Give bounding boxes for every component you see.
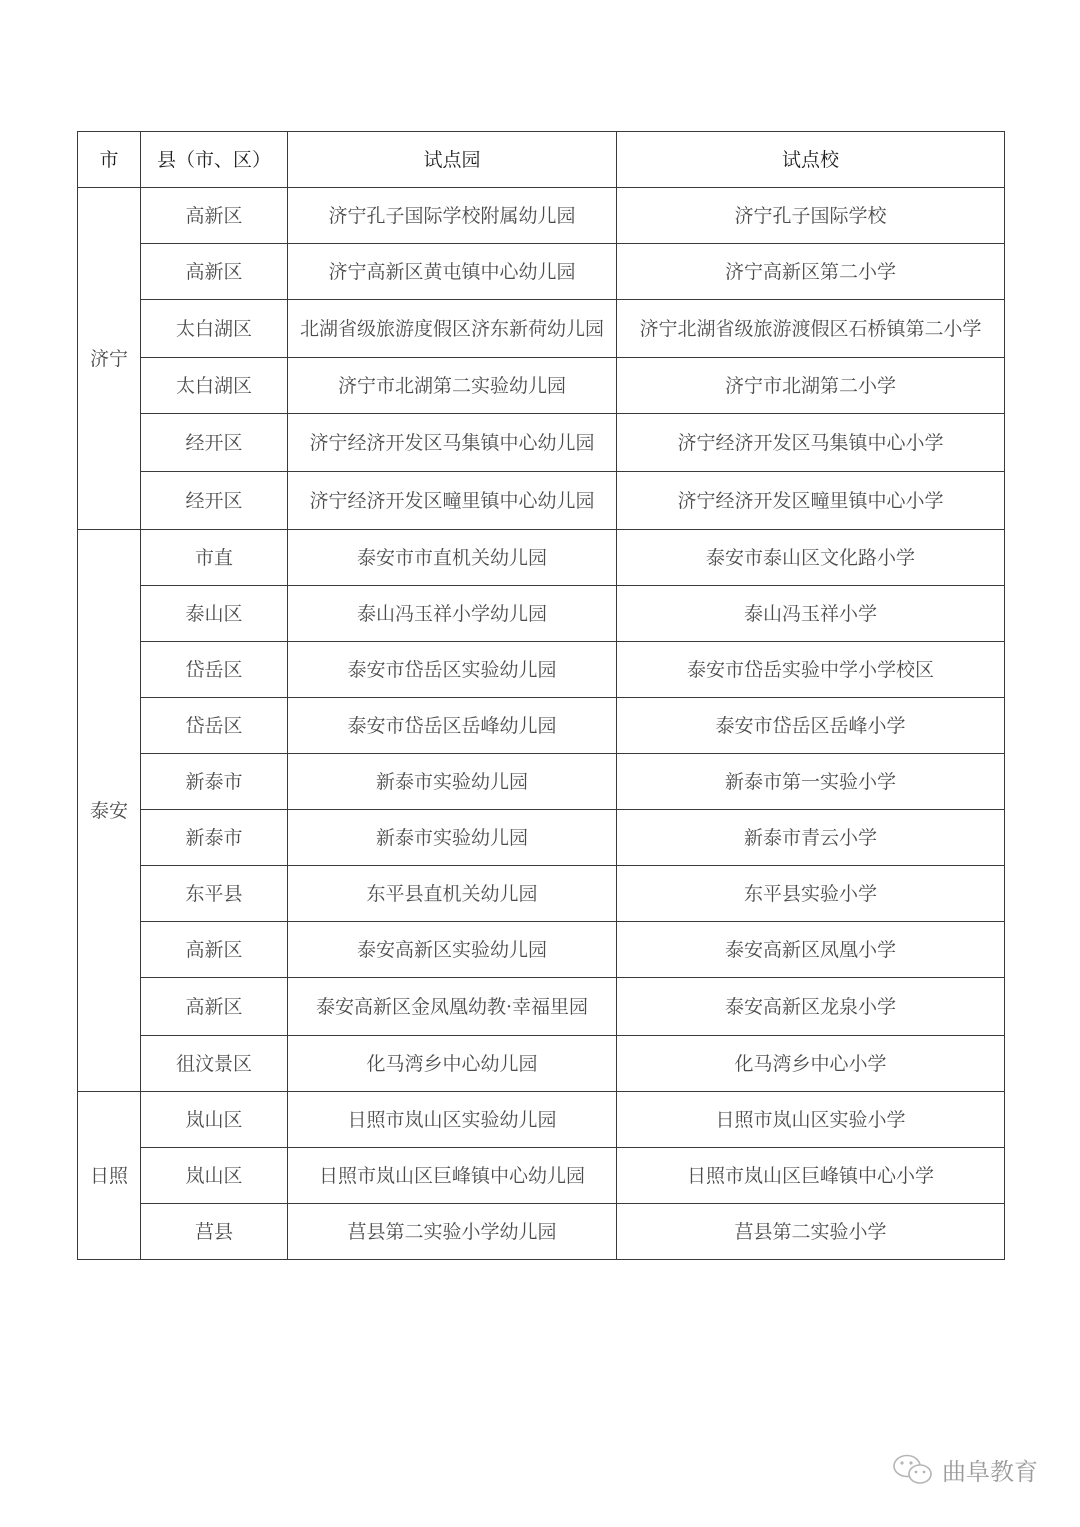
kindergarten-cell: 济宁高新区黄屯镇中心幼儿园 [288, 244, 617, 300]
county-cell: 岚山区 [141, 1092, 288, 1148]
kindergarten-cell: 泰山冯玉祥小学幼儿园 [288, 586, 617, 642]
table-row: 新泰市 新泰市实验幼儿园 新泰市青云小学 [78, 810, 1005, 866]
header-city: 市 [78, 132, 141, 188]
county-cell: 徂汶景区 [141, 1036, 288, 1092]
school-cell: 济宁市北湖第二小学 [617, 358, 1005, 414]
school-cell: 日照市岚山区巨峰镇中心小学 [617, 1148, 1005, 1204]
school-cell: 济宁北湖省级旅游渡假区石桥镇第二小学 [617, 300, 1005, 358]
kindergarten-cell: 莒县第二实验小学幼儿园 [288, 1204, 617, 1260]
county-cell: 高新区 [141, 922, 288, 978]
kindergarten-cell: 泰安市岱岳区岳峰幼儿园 [288, 698, 617, 754]
table-row: 泰山区 泰山冯玉祥小学幼儿园 泰山冯玉祥小学 [78, 586, 1005, 642]
table-row: 岱岳区 泰安市岱岳区实验幼儿园 泰安市岱岳实验中学小学校区 [78, 642, 1005, 698]
county-cell: 市直 [141, 530, 288, 586]
kindergarten-cell: 新泰市实验幼儿园 [288, 810, 617, 866]
school-cell: 济宁孔子国际学校 [617, 188, 1005, 244]
table-row: 东平县 东平县直机关幼儿园 东平县实验小学 [78, 866, 1005, 922]
county-cell: 经开区 [141, 414, 288, 472]
school-cell: 济宁高新区第二小学 [617, 244, 1005, 300]
city-cell: 日照 [78, 1092, 141, 1260]
table-row: 济宁 高新区 济宁孔子国际学校附属幼儿园 济宁孔子国际学校 [78, 188, 1005, 244]
table-header-row: 市 县（市、区） 试点园 试点校 [78, 132, 1005, 188]
table-row: 泰安 市直 泰安市市直机关幼儿园 泰安市泰山区文化路小学 [78, 530, 1005, 586]
school-cell: 泰山冯玉祥小学 [617, 586, 1005, 642]
county-cell: 新泰市 [141, 754, 288, 810]
kindergarten-cell: 济宁市北湖第二实验幼儿园 [288, 358, 617, 414]
county-cell: 岱岳区 [141, 642, 288, 698]
wechat-icon [892, 1453, 936, 1487]
table-row: 岚山区 日照市岚山区巨峰镇中心幼儿园 日照市岚山区巨峰镇中心小学 [78, 1148, 1005, 1204]
kindergarten-cell: 新泰市实验幼儿园 [288, 754, 617, 810]
city-cell: 泰安 [78, 530, 141, 1092]
header-school: 试点校 [617, 132, 1005, 188]
school-cell: 泰安市泰山区文化路小学 [617, 530, 1005, 586]
school-cell: 泰安市岱岳实验中学小学校区 [617, 642, 1005, 698]
kindergarten-cell: 化马湾乡中心幼儿园 [288, 1036, 617, 1092]
watermark: 曲阜教育 [892, 1452, 1038, 1487]
county-cell: 太白湖区 [141, 358, 288, 414]
county-cell: 岚山区 [141, 1148, 288, 1204]
county-cell: 岱岳区 [141, 698, 288, 754]
table-row: 岱岳区 泰安市岱岳区岳峰幼儿园 泰安市岱岳区岳峰小学 [78, 698, 1005, 754]
watermark-text: 曲阜教育 [942, 1452, 1038, 1487]
school-cell: 济宁经济开发区疃里镇中心小学 [617, 472, 1005, 530]
kindergarten-cell: 泰安市市直机关幼儿园 [288, 530, 617, 586]
county-cell: 高新区 [141, 244, 288, 300]
table-row: 莒县 莒县第二实验小学幼儿园 莒县第二实验小学 [78, 1204, 1005, 1260]
pilot-schools-table: 市 县（市、区） 试点园 试点校 济宁 高新区 济宁孔子国际学校附属幼儿园 济宁… [77, 131, 1005, 1260]
kindergarten-cell: 济宁经济开发区疃里镇中心幼儿园 [288, 472, 617, 530]
school-cell: 泰安市岱岳区岳峰小学 [617, 698, 1005, 754]
school-cell: 日照市岚山区实验小学 [617, 1092, 1005, 1148]
table-row: 高新区 泰安高新区金凤凰幼教·幸福里园 泰安高新区龙泉小学 [78, 978, 1005, 1036]
city-cell: 济宁 [78, 188, 141, 530]
header-kindergarten: 试点园 [288, 132, 617, 188]
school-cell: 新泰市青云小学 [617, 810, 1005, 866]
header-county: 县（市、区） [141, 132, 288, 188]
table-row: 高新区 泰安高新区实验幼儿园 泰安高新区凤凰小学 [78, 922, 1005, 978]
kindergarten-cell: 日照市岚山区实验幼儿园 [288, 1092, 617, 1148]
county-cell: 东平县 [141, 866, 288, 922]
kindergarten-cell: 泰安高新区金凤凰幼教·幸福里园 [288, 978, 617, 1036]
table-row: 太白湖区 北湖省级旅游度假区济东新荷幼儿园 济宁北湖省级旅游渡假区石桥镇第二小学 [78, 300, 1005, 358]
kindergarten-cell: 日照市岚山区巨峰镇中心幼儿园 [288, 1148, 617, 1204]
table-row: 新泰市 新泰市实验幼儿园 新泰市第一实验小学 [78, 754, 1005, 810]
county-cell: 高新区 [141, 978, 288, 1036]
table-row: 高新区 济宁高新区黄屯镇中心幼儿园 济宁高新区第二小学 [78, 244, 1005, 300]
table-row: 徂汶景区 化马湾乡中心幼儿园 化马湾乡中心小学 [78, 1036, 1005, 1092]
school-cell: 新泰市第一实验小学 [617, 754, 1005, 810]
kindergarten-cell: 北湖省级旅游度假区济东新荷幼儿园 [288, 300, 617, 358]
school-cell: 济宁经济开发区马集镇中心小学 [617, 414, 1005, 472]
table-row: 太白湖区 济宁市北湖第二实验幼儿园 济宁市北湖第二小学 [78, 358, 1005, 414]
county-cell: 经开区 [141, 472, 288, 530]
school-cell: 泰安高新区龙泉小学 [617, 978, 1005, 1036]
county-cell: 太白湖区 [141, 300, 288, 358]
school-cell: 莒县第二实验小学 [617, 1204, 1005, 1260]
school-cell: 泰安高新区凤凰小学 [617, 922, 1005, 978]
kindergarten-cell: 济宁孔子国际学校附属幼儿园 [288, 188, 617, 244]
kindergarten-cell: 泰安高新区实验幼儿园 [288, 922, 617, 978]
county-cell: 新泰市 [141, 810, 288, 866]
county-cell: 泰山区 [141, 586, 288, 642]
table-row: 经开区 济宁经济开发区疃里镇中心幼儿园 济宁经济开发区疃里镇中心小学 [78, 472, 1005, 530]
table-row: 日照 岚山区 日照市岚山区实验幼儿园 日照市岚山区实验小学 [78, 1092, 1005, 1148]
school-cell: 化马湾乡中心小学 [617, 1036, 1005, 1092]
kindergarten-cell: 东平县直机关幼儿园 [288, 866, 617, 922]
kindergarten-cell: 泰安市岱岳区实验幼儿园 [288, 642, 617, 698]
county-cell: 高新区 [141, 188, 288, 244]
kindergarten-cell: 济宁经济开发区马集镇中心幼儿园 [288, 414, 617, 472]
table-row: 经开区 济宁经济开发区马集镇中心幼儿园 济宁经济开发区马集镇中心小学 [78, 414, 1005, 472]
county-cell: 莒县 [141, 1204, 288, 1260]
school-cell: 东平县实验小学 [617, 866, 1005, 922]
